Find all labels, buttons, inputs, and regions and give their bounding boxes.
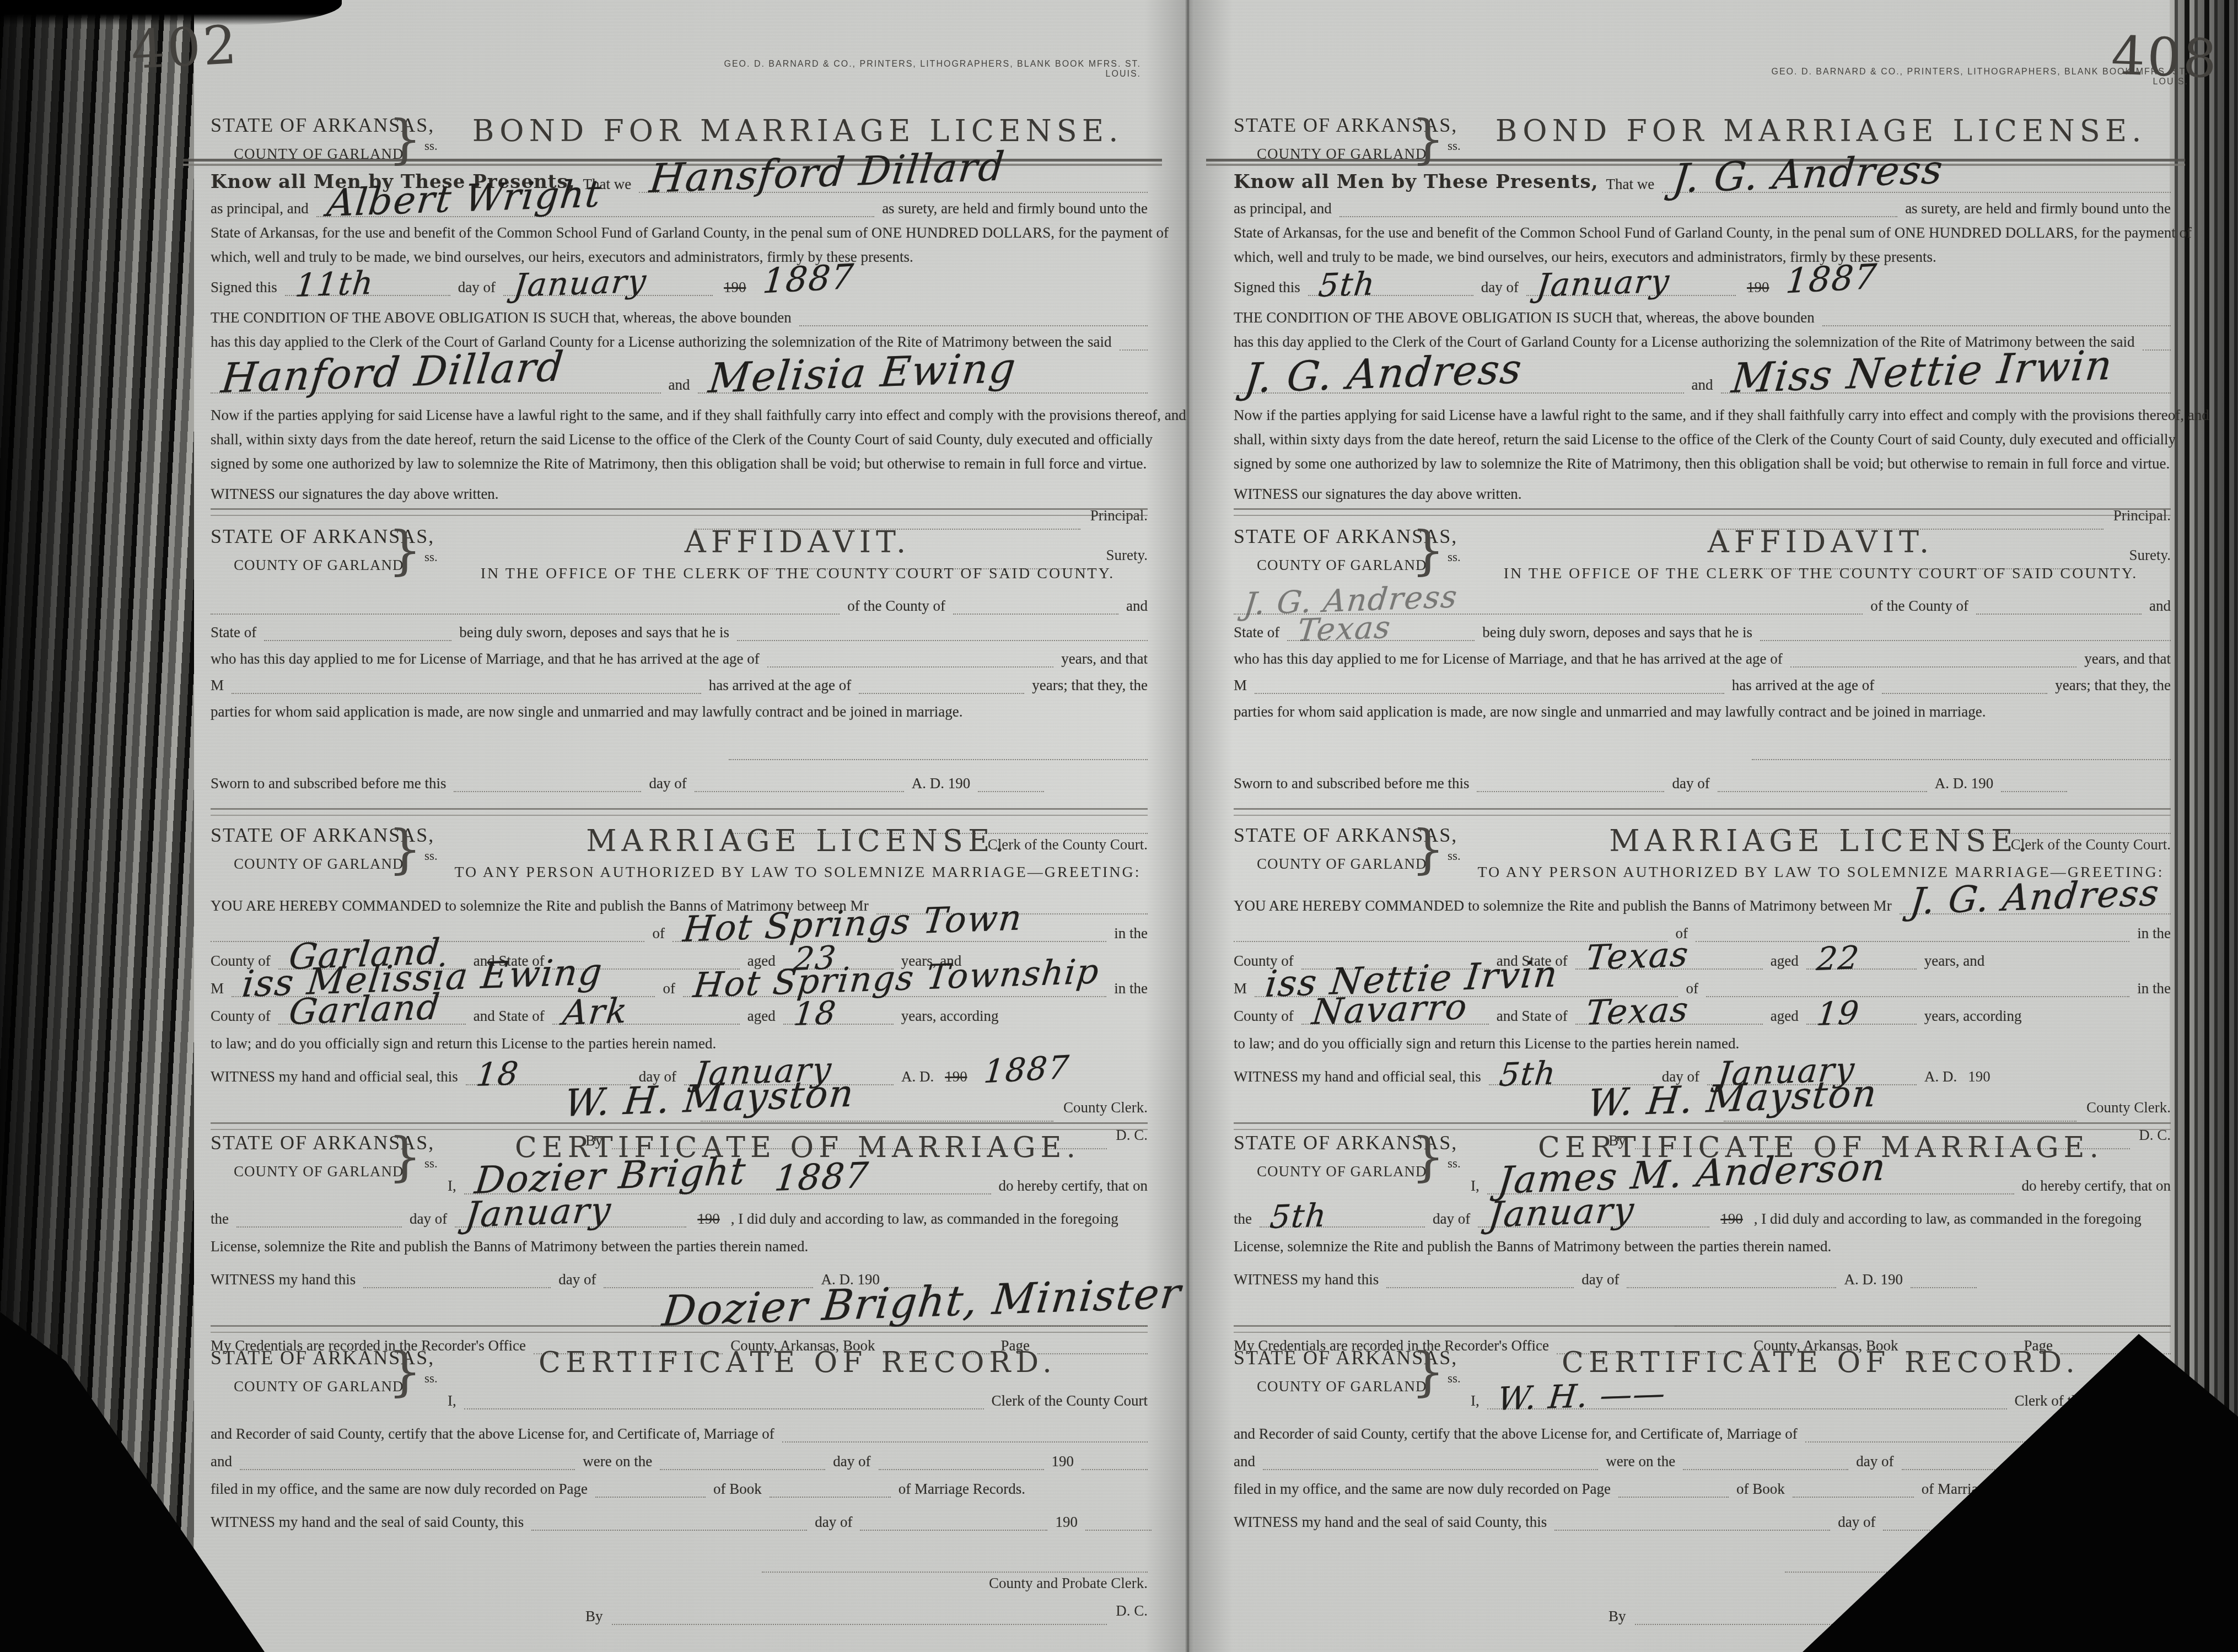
printed-text: and [1126,598,1148,615]
printed-text: of the County of [1870,598,1968,615]
brace-glyph: } [1411,519,1445,581]
printed-text: and State of [1497,1008,1568,1025]
handwriting-clerk-signature: W. H. Mayston [563,1075,856,1123]
fill-line [595,1476,706,1498]
ss-label: ss. [424,849,438,863]
signature-line [729,738,1148,760]
license-residence1-line: of in the [1234,917,2171,942]
printed-text: , I did duly and according to law, as co… [731,1210,1118,1228]
handwriting-year: 1887 [982,1051,1071,1088]
brace-glyph: } [388,1126,422,1187]
printed-text: County of [1234,1008,1294,1025]
affidavit-sworn-line: Sworn to and subscribed before me this d… [1234,768,2171,792]
record-title: CERTIFICATE OF RECORD. [1471,1346,2171,1379]
fill-line [363,1266,551,1288]
fill-line [1718,770,1927,792]
section-record: STATE OF ARKANSAS, COUNTY OF GARLAND. } … [211,1346,1148,1625]
fill-line [1263,1448,1598,1470]
affidavit-sworn-line: Sworn to and subscribed before me this d… [211,768,1148,792]
affidavit-title-wrap: AFFIDAVIT. IN THE OFFICE OF THE CLERK OF… [1471,525,2171,583]
printed-text: shall, within sixty days from the date h… [1234,431,2176,448]
handwriting-state: Texas [1296,612,1393,647]
handwriting-day: 11th [294,267,376,302]
brace-glyph: } [388,818,422,880]
signature-line [1675,1305,2171,1327]
certificate-sig-row: Dozier Bright, Minister [211,1296,1148,1327]
printed-text: in the [1114,925,1148,942]
affidavit-parties-line: parties for whom said application is mad… [211,696,1148,720]
printed-text: of Marriage Records. [1922,1481,2048,1498]
certificate-sig-row [1234,1296,2171,1327]
license-header: STATE OF ARKANSAS, COUNTY OF GARLAND. } … [211,824,1148,881]
printed-text: of Book [713,1481,762,1498]
printed-text: the [1234,1210,1252,1228]
printed-text: as principal, and [211,200,309,217]
affidavit-title-wrap: AFFIDAVIT. IN THE OFFICE OF THE CLERK OF… [448,525,1148,583]
fill-line [464,1387,984,1409]
fill-line [264,619,451,641]
printed-text: State of [1234,624,1279,641]
printed-text: WITNESS my hand and the seal of said Cou… [1234,1514,1547,1531]
printed-text: M [211,980,224,997]
handwriting-state1: Texas [1584,937,1691,975]
printed-text: 190 [2075,1453,2097,1470]
dc-label: D. C. [1116,1602,1148,1619]
printed-text: Now if the parties applying for said Lic… [1234,407,2209,424]
fill-line [1882,672,2047,694]
affidavit-signature-row [211,735,1148,760]
printed-text: in the [2137,925,2171,942]
bond-names-line: Hanford Dillard and Melisia Ewing [211,362,1148,394]
printed-text: of Book [1736,1481,1785,1498]
printed-text: WITNESS my hand and official seal, this [211,1068,458,1085]
section-bond: STATE OF ARKANSAS, COUNTY OF GARLAND. } … [211,114,1148,572]
handwriting-age2: 19 [1815,997,1862,1030]
printed-text: day of [833,1453,870,1470]
ss-label: ss. [1448,139,1461,153]
principal-label: Principal. [1090,507,1148,524]
handwriting-residence1: Hot Springs Town [681,900,1024,948]
printed-text: being duly sworn, deposes and says that … [1482,624,1752,641]
bond-shall-line: shall, within sixty days from the date h… [211,426,1148,448]
fill-line: January [455,1206,686,1228]
fill-line [1554,1509,1830,1531]
bond-principal-line: as principal, and Albert Wright as suret… [211,195,1148,217]
fill-line [1618,1476,1729,1498]
printed-text: By [585,1608,603,1625]
printed-text: Clerk of the County Court [2015,1392,2171,1409]
printed-text: WITNESS my hand and the seal of said Cou… [211,1514,524,1531]
printed-text: A. D. [1924,1068,1957,1085]
printed-text: years, and that [2084,650,2171,668]
printed-text: day of [558,1271,596,1288]
record-title: CERTIFICATE OF RECORD. [448,1346,1148,1379]
printed-text: in the [2137,980,2171,997]
printed-text: and [1692,376,1713,394]
fill-line [1082,1448,1148,1470]
fill-line [1822,304,2171,326]
venue-block: STATE OF ARKANSAS, COUNTY OF GARLAND. } … [1234,824,1471,881]
fill-line: Garland [278,1003,466,1025]
printed-text: and [1234,1453,1255,1470]
record-sig-row [1234,1547,2171,1573]
printed-text: in the [1114,980,1148,997]
section-certificate: STATE OF ARKANSAS, COUNTY OF GARLAND. } … [1234,1131,2171,1357]
printed-text: A. D. 190 [912,775,971,792]
affidavit-subtitle: IN THE OFFICE OF THE CLERK OF THE COUNTY… [1471,565,2171,583]
signature-line [1785,1551,2171,1573]
fill-line: 5th [1260,1206,1425,1228]
fill-line [770,1476,891,1498]
handwriting-groom: J. G. Andress [1908,875,2161,920]
fill-line [1902,1448,2067,1470]
fill-line: Ark [552,1003,740,1025]
affidavit-m-line: M has arrived at the age of years; that … [211,670,1148,694]
bond-body-line: which, well and truly to be made, we bin… [1234,243,2171,266]
affidavit-header: STATE OF ARKANSAS, COUNTY OF GARLAND. } … [211,525,1148,583]
printed-text: day of [1581,1271,1619,1288]
section-record: STATE OF ARKANSAS, COUNTY OF GARLAND. } … [1234,1346,2171,1625]
record-sig-row [211,1547,1148,1573]
bond-witness-line: WITNESS our signatures the day above wri… [1234,480,2171,503]
printed-text: years, and that [1061,650,1148,668]
printed-text: License, solemnize the Rite and publish … [211,1238,808,1255]
brace-glyph: } [1411,1341,1445,1402]
affidavit-age-line: who has this day applied to me for Licen… [1234,643,2171,668]
fill-line [1255,672,1724,694]
handwriting-year: 1887 [1784,259,1879,298]
fill-line [1911,1266,1977,1288]
fill-line [737,619,1148,641]
bond-condition-line: THE CONDITION OF THE ABOVE OBLIGATION IS… [211,304,1148,326]
record-witness-line: WITNESS my hand and the seal of said Cou… [211,1505,1148,1531]
affidavit-m-line: M has arrived at the age of years; that … [1234,670,2171,694]
printed-text: day of [1481,279,1519,296]
venue-block: STATE OF ARKANSAS, COUNTY OF GARLAND. } … [211,1346,448,1395]
handwriting-county2: Navarro [1310,989,1470,1030]
ss-label: ss. [424,139,438,153]
printed-text: A. D. 190 [1844,1271,1903,1288]
fill-line: Hot Springs Township [683,975,1106,997]
printed-text: parties for whom said application is mad… [1234,703,1986,720]
section-affidavit: STATE OF ARKANSAS, COUNTY OF GARLAND. } … [1234,525,2171,859]
venue-block: STATE OF ARKANSAS, COUNTY OF GARLAND. } … [1234,114,1471,163]
handwriting-groom: Hansford Dillard [648,146,1007,198]
printed-text: being duly sworn, deposes and says that … [459,624,729,641]
bond-shall-line: shall, within sixty days from the date h… [1234,426,2171,448]
scanned-register-spread: 402 408 GEO. D. BARNARD & CO., PRINTERS,… [0,0,2238,1652]
license-commanded-line: YOU ARE HEREBY COMMANDED to solemnize th… [1234,889,2171,914]
printed-text: Now if the parties applying for said Lic… [211,407,1186,424]
preprinted-year: 190 [1968,1068,1990,1085]
preprinted-year: 190 [697,1210,720,1228]
ss-label: ss. [424,1371,438,1386]
fill-line [879,1448,1044,1470]
fill-line: J. G. Andress [1662,171,2171,193]
handwriting-month: January [464,1192,614,1233]
fill-line: Hot Springs Town [673,920,1106,942]
printed-text: aged [1771,953,1799,970]
license-header: STATE OF ARKANSAS, COUNTY OF GARLAND. } … [1234,824,2171,881]
printed-text: to law; and do you officially sign and r… [211,1035,716,1052]
handwriting-month: January [1535,265,1672,302]
printed-text: State of Arkansas, for the use and benef… [211,224,1169,241]
affidavit-title: AFFIDAVIT. [1471,525,2171,559]
printed-text: State of Arkansas, for the use and benef… [1234,224,2192,241]
printed-text: day of [649,775,686,792]
venue-block: STATE OF ARKANSAS, COUNTY OF GARLAND. } … [211,114,448,163]
printed-text: Signed this [1234,279,1300,296]
venue-block: STATE OF ARKANSAS, COUNTY OF GARLAND. } … [1234,525,1471,583]
bond-names-line: J. G. Andress and Miss Nettie Irwin [1234,362,2171,394]
printed-text: , I did duly and according to law, as co… [1754,1210,2142,1228]
record-filed-line: filed in my office, and the same are now… [1234,1472,2171,1498]
fill-line [782,1420,1148,1443]
fill-line [799,304,1148,326]
bond-title: BOND FOR MARRIAGE LICENSE. [1471,114,2171,148]
fill-line [1339,195,1897,217]
affidavit-parties-line: parties for whom said application is mad… [1234,696,2171,720]
printed-text: Signed this [211,279,277,296]
section-certificate: STATE OF ARKANSAS, COUNTY OF GARLAND. } … [211,1131,1148,1357]
affidavit-age-line: who has this day applied to me for Licen… [211,643,1148,668]
printed-text: Sworn to and subscribed before me this [1234,775,1469,792]
fill-line [531,1509,807,1531]
affidavit-subtitle: IN THE OFFICE OF THE CLERK OF THE COUNTY… [448,565,1148,583]
fill-line [2108,1509,2175,1531]
affidavit-header: STATE OF ARKANSAS, COUNTY OF GARLAND. } … [1234,525,2171,583]
bond-witness-line: WITNESS our signatures the day above wri… [211,480,1148,503]
printed-text: M [1234,980,1247,997]
certificate-date-line: the 5th day of January 190 , I did duly … [1234,1202,2171,1228]
brace-glyph: } [388,1341,422,1402]
printed-text: and [211,1453,232,1470]
dc-label: D. C. [2139,1602,2171,1619]
printed-text: as surety, are held and firmly bound unt… [1905,200,2171,217]
ss-label: ss. [424,1156,438,1171]
handwriting-day: 18 [475,1057,521,1091]
venue-block: STATE OF ARKANSAS, COUNTY OF GARLAND. } … [1234,1346,1471,1395]
license-title: MARRIAGE LICENSE. [1471,824,2171,858]
fill-line [1976,593,2142,615]
fill-line [236,1206,402,1228]
printed-text: day of [458,279,496,296]
affidavit-state-line: State of Texas being duly sworn, deposes… [1234,617,2171,641]
fill-line: J. G. Andress [1234,372,1684,394]
printed-text: has arrived at the age of [709,677,852,694]
record-probate-label: County and Probate Clerk. [211,1575,1148,1592]
printed-text: I, [1471,1177,1480,1194]
printed-text: and [2149,598,2171,615]
bond-principal-line: as principal, and as surety, are held an… [1234,195,2171,217]
fill-line [859,672,1024,694]
license-clerk-row: W. H. Mayston County Clerk. [1234,1096,2171,1122]
preprinted-year: 190 [1747,279,1769,296]
book-page-edges-left [0,0,194,1652]
record-by-row: By D. C. [1608,1600,2171,1625]
bond-signedby-line: signed by some one authorized by law to … [211,450,1148,472]
fill-line: Albert Wright [316,195,874,217]
affidavit-title: AFFIDAVIT. [448,525,1148,559]
venue-block: STATE OF ARKANSAS, COUNTY OF GARLAND. } … [1234,1131,1471,1180]
brace-glyph: } [1411,818,1445,880]
bond-signedby-line: signed by some one authorized by law to … [1234,450,2171,472]
printed-text: Sworn to and subscribed before me this [211,775,446,792]
license-title-wrap: MARRIAGE LICENSE. TO ANY PERSON AUTHORIZ… [1471,824,2171,881]
brace-glyph: } [1411,108,1445,170]
printed-text: filed in my office, and the same are now… [1234,1481,1611,1498]
fill-line: 22 [1806,948,1917,970]
printed-text: years, according [901,1008,999,1025]
fill-line: 18 [783,1003,894,1025]
fill-line [1760,619,2171,641]
printed-text: State of [211,624,256,641]
section-license: STATE OF ARKANSAS, COUNTY OF GARLAND. } … [1234,824,2171,1149]
printed-text: day of [1856,1453,1893,1470]
handwriting-bride: Melisia Ewing [707,347,1019,399]
license-title: MARRIAGE LICENSE. [448,824,1148,858]
printed-text: WITNESS my hand this [1234,1271,1379,1288]
fill-line: Hansford Dillard [639,171,1148,193]
ss-label: ss. [424,550,438,564]
fill-line: W. H. —— [1487,1387,2007,1409]
printed-text: License, solemnize the Rite and publish … [1234,1238,1831,1255]
printed-text: By [1608,1608,1626,1625]
handwriting-clerk-signature: W. H. Mayston [1586,1075,1879,1123]
fill-line: James M. Anderson [1487,1172,2014,1194]
handwriting-bride: Miss Nettie Irwin [1730,345,2115,399]
fill-line: Melisia Ewing [698,372,1148,394]
printed-text: the [211,1210,229,1228]
printed-text: County of [211,1008,271,1025]
printed-text: were on the [583,1453,652,1470]
record-recorder-line: and Recorder of said County, certify tha… [1234,1417,2171,1443]
fill-line [2143,329,2171,351]
bond-nowif-line: Now if the parties applying for said Lic… [211,401,1148,424]
license-subtitle: TO ANY PERSON AUTHORIZED BY LAW TO SOLEM… [448,864,1148,881]
handwriting-month: January [512,265,649,302]
printed-text: A. D. 190 [1935,775,1994,792]
fill-line [1683,1448,1848,1470]
fill-line [1635,1603,2131,1625]
page-number-left: 402 [130,14,240,81]
fill-line [2001,770,2067,792]
printed-text: of the County of [847,598,945,615]
fill-line [1793,1476,1914,1498]
handwriting-year: 1887 [761,259,856,298]
signature-line: Dozier Bright, Minister [652,1305,1148,1327]
printed-text: That we [1606,176,1655,193]
signature-line [762,1551,1148,1573]
section-bond: STATE OF ARKANSAS, COUNTY OF GARLAND. } … [1234,114,2171,572]
printed-text: signed by some one authorized by law to … [211,455,1147,472]
license-county2-line: County of Navarro and State of Texas age… [1234,999,2171,1025]
fill-line [1883,1509,2070,1531]
county-clerk-label: County Clerk. [2086,1099,2171,1116]
handwriting-month: January [1487,1192,1637,1233]
printed-text: THE CONDITION OF THE ABOVE OBLIGATION IS… [1234,309,1815,326]
fill-line: 5th [1308,274,1473,296]
printed-text: day of [1838,1514,1875,1531]
ss-label: ss. [1448,1371,1461,1386]
book-page-edges-right [2170,0,2238,1652]
fill-line [454,770,641,792]
printed-text: has arrived at the age of [1732,677,1875,694]
handwriting-state2: Ark [561,994,630,1030]
bond-nowif-line: Now if the parties applying for said Lic… [1234,401,2171,424]
ss-label: ss. [1448,849,1461,863]
fill-line [1120,329,1148,351]
bond-title: BOND FOR MARRIAGE LICENSE. [448,114,1148,148]
printed-text: who has this day applied to me for Licen… [211,650,760,668]
license-county2-line: County of Garland and State of Ark aged … [211,999,1148,1025]
printed-text: signed by some one authorized by law to … [1234,455,2170,472]
fill-line [1477,770,1664,792]
fill-line: Hanford Dillard [211,372,661,394]
printed-text: and [669,376,690,394]
bond-signed-line: Signed this 11th day of January 190 1887 [211,273,1148,296]
fill-line: January [503,274,713,296]
section-affidavit: STATE OF ARKANSAS, COUNTY OF GARLAND. } … [211,525,1148,859]
handwriting-clerk: W. H. —— [1496,1377,1668,1415]
record-recorder-line: and Recorder of said County, certify tha… [211,1417,1148,1443]
fill-line [1386,1266,1574,1288]
fill-line [767,645,1054,668]
handwriting-day: 5th [1498,1057,1558,1091]
printed-text: WITNESS our signatures the day above wri… [211,486,499,503]
fill-line [1790,645,2077,668]
fill-line: Texas [1575,1003,1763,1025]
handwriting-groom2: J. G. Andress [1242,348,1525,399]
fill-line [240,1448,575,1470]
fill-line [1805,1420,2171,1443]
affidavit-state-line: State of being duly sworn, deposes and s… [211,617,1148,641]
affidavit-signature-row [1234,735,2171,760]
printed-text: of [652,925,665,942]
printed-text: I, [448,1177,456,1194]
handwriting-age1: 22 [1815,941,1862,975]
fill-line: Dozier Bright 1887 [464,1172,991,1194]
certificate-solemnize-line: License, solemnize the Rite and publish … [1234,1230,2171,1255]
printed-text: Know all Men by These Presents, [1234,171,1599,193]
ss-label: ss. [1448,550,1461,564]
fill-line [1085,1509,1152,1531]
printed-text: as principal, and [1234,200,1332,217]
register-page-left: STATE OF ARKANSAS, COUNTY OF GARLAND. } … [211,83,1148,1626]
license-title-wrap: MARRIAGE LICENSE. TO ANY PERSON AUTHORIZ… [448,824,1148,881]
handwriting-groom2: Hanford Dillard [219,346,566,399]
bond-body-line: State of Arkansas, for the use and benef… [1234,219,2171,241]
venue-block: STATE OF ARKANSAS, COUNTY OF GARLAND. } … [211,824,448,881]
printed-text: aged [1771,1008,1799,1025]
handwriting-day: 5th [1268,1199,1329,1233]
printed-text: who has this day applied to me for Licen… [1234,650,1783,668]
fill-line: J. G. Andress [1900,892,2171,914]
signature-line: W. H. Mayston [701,1100,1053,1122]
record-and-line: and were on the day of 190 [1234,1445,2171,1470]
printed-text: YOU ARE HEREBY COMMANDED to solemnize th… [1234,897,1892,914]
fill-line: Miss Nettie Irwin [1721,372,2171,394]
signature-line: W. H. Mayston [1724,1100,2076,1122]
handwriting-county2: Garland [287,989,442,1030]
fill-line: Navarro [1301,1003,1489,1025]
bond-condition-line: THE CONDITION OF THE ABOVE OBLIGATION IS… [1234,304,2171,326]
printed-text: of [663,980,675,997]
bond-body-line: which, well and truly to be made, we bin… [211,243,1148,266]
printed-text: years; that they, the [2055,677,2171,694]
printed-text: I, [1471,1392,1480,1409]
signature-line [1752,738,2171,760]
